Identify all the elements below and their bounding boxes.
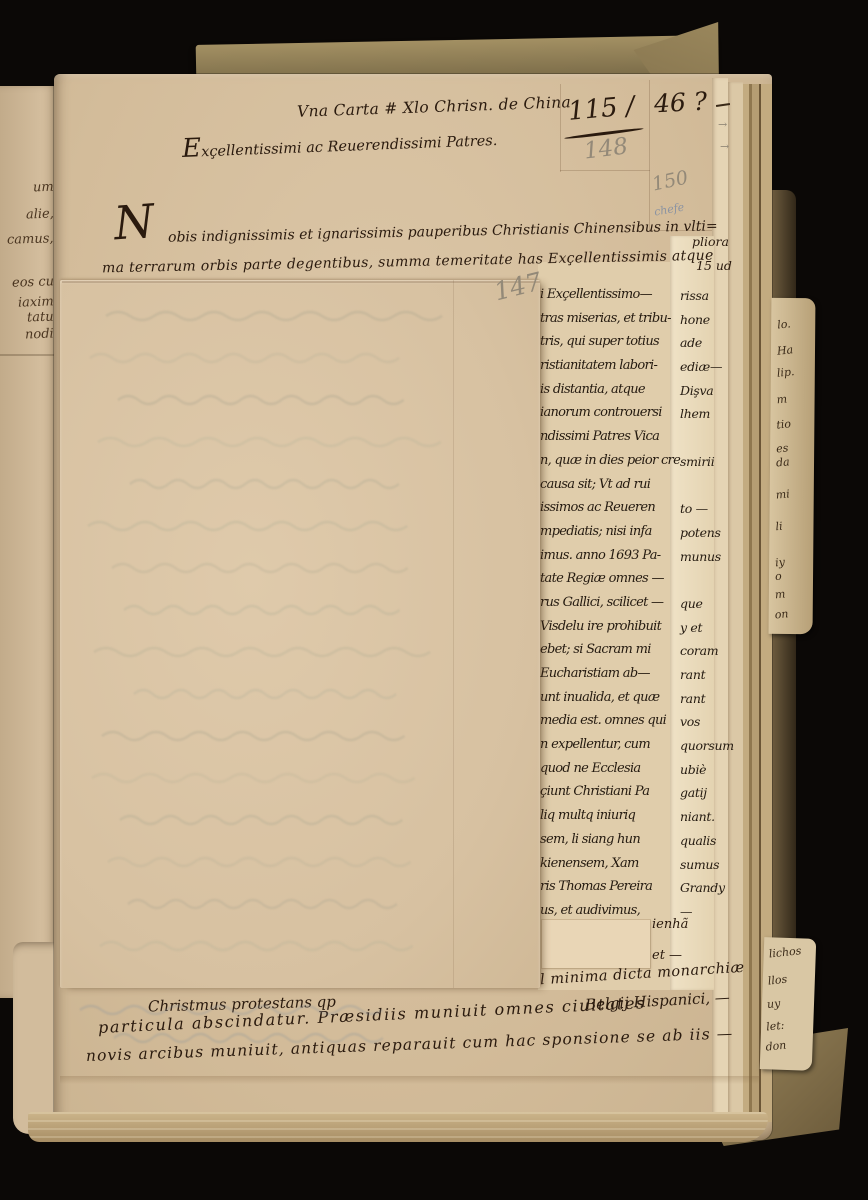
left-page-edge: umalie,camus,eos cuiaximtatunodi xyxy=(0,86,58,998)
left-margin-fragment: um xyxy=(33,180,54,196)
right-edge-fragment: lichos xyxy=(768,944,802,960)
letter-line-main: rus Gallici, scilicet — xyxy=(540,595,663,610)
right-edge-fragment: Ha xyxy=(776,343,793,357)
right-edge-fragment-slip-lower: lichosllosuylet:don xyxy=(760,937,817,1071)
letter-line: n expellentur, cum quorsum xyxy=(540,737,712,761)
letter-line-ending: lhem xyxy=(680,406,710,421)
letter-line: ianorum controuersi lhem xyxy=(540,405,712,429)
letter-line-main: sem, li siang hun xyxy=(540,832,640,847)
right-edge-fragment: m xyxy=(774,587,786,601)
left-margin-fragment: iaxim xyxy=(18,294,54,310)
page-stack-bottom-edges xyxy=(28,1112,768,1142)
letter-line-ending: ediæ— xyxy=(680,359,722,374)
letter-line: çiunt Christiani Pa gatij xyxy=(540,784,712,808)
blank-overlay-sheet xyxy=(60,280,540,988)
right-edge-fragment: llos xyxy=(767,973,788,988)
letter-line: tate Regiæ omnes — xyxy=(540,571,712,595)
letter-line: imus. anno 1693 Pa- munus xyxy=(540,548,712,572)
letter-line-main: Visdelu ire prohibuit xyxy=(540,619,661,634)
pencil-arrow-mark-1: → xyxy=(718,118,727,131)
letter-line: mpediatis; nisi infa potens xyxy=(540,524,712,548)
letter-line-main: n, quæ in dies peior cre xyxy=(540,453,680,468)
letter-line: quod ne Ecclesia ubiè xyxy=(540,761,712,785)
letter-line-ending: to — xyxy=(680,501,708,516)
letter-line-main: media est. omnes qui xyxy=(540,713,666,728)
left-margin-fragment: nodi xyxy=(25,327,54,343)
show-through-marks-overlay xyxy=(78,290,518,980)
letter-line-ending: coram xyxy=(680,643,718,658)
letter-line: ebet; si Sacram mi coram xyxy=(540,642,712,666)
right-edge-fragment: tio xyxy=(776,417,792,431)
ink-folio-number-46: 46 ? xyxy=(653,87,708,119)
letter-line-main: causa sit; Vt ad rui xyxy=(540,477,650,492)
letter-line-main: kienensem, Xam xyxy=(540,856,639,871)
letter-line-ending: y et xyxy=(680,620,702,635)
letter-line-ending: hone xyxy=(680,312,710,327)
left-margin-fragment: tatu xyxy=(27,310,54,326)
letter-line-ending: Grandy xyxy=(680,880,725,895)
letter-line-main: i Exçellentissimo— xyxy=(540,287,652,302)
right-edge-fragment: li xyxy=(775,520,783,534)
letter-line-ending: Dişva xyxy=(680,383,713,398)
letter-line: rus Gallici, scilicet — que xyxy=(540,595,712,619)
letter-line-main: liq multq iniuriq xyxy=(540,808,635,823)
letter-line-ending: niant. xyxy=(680,809,715,824)
left-margin-fragment: alie, xyxy=(26,207,54,223)
opening-edge-fragment-2: 15 ud xyxy=(696,258,732,273)
right-edge-fragment: o xyxy=(774,570,782,584)
right-edge-fragment-strip-upper: lo.Halip.mtioesdamiliiyomon xyxy=(769,298,816,634)
letter-line: liq multq iniuriq niant. xyxy=(540,808,712,832)
letter-line-main: tras miserias, et tribu- xyxy=(540,311,671,326)
letter-line: i Exçellentissimo— rissa xyxy=(540,287,712,311)
letter-line-main: Eucharistiam ab— xyxy=(540,666,650,681)
letter-line-ending: ade xyxy=(680,335,702,350)
opening-initial-N: N xyxy=(112,194,156,251)
fragment-ienha: ienhã xyxy=(652,917,688,932)
letter-line-ending: rant xyxy=(680,691,705,706)
letter-line-ending: quorsum xyxy=(680,738,734,753)
left-margin-fragment: camus, xyxy=(7,231,54,248)
letter-line: media est. omnes qui vos xyxy=(540,713,712,737)
manuscript-photo: umalie,camus,eos cuiaximtatunodi lo.Hali… xyxy=(0,0,868,1200)
letter-line-main: us, et audivimus, xyxy=(540,903,640,918)
right-edge-fragment: mi xyxy=(775,487,790,501)
letter-line-main: tate Regiæ omnes — xyxy=(540,571,664,586)
letter-line: Visdelu ire prohibuit y et xyxy=(540,619,712,643)
letter-line-main: ebet; si Sacram mi xyxy=(540,642,651,657)
letter-line-main: ianorum controuersi xyxy=(540,405,662,420)
left-page-fold-line xyxy=(0,354,58,356)
letter-line-ending: que xyxy=(680,596,703,611)
letter-line-main: unt inualida, et quæ xyxy=(540,690,659,705)
letter-line: ris Thomas Pereira Grandy xyxy=(540,879,712,903)
letter-line: unt inualida, et quæ rant xyxy=(540,690,712,714)
ink-folio-number-115: 115 / xyxy=(567,91,636,127)
letter-line: sem, li siang hun qualis xyxy=(540,832,712,856)
right-edge-fragment: let: xyxy=(766,1019,785,1034)
letter-line-ending: smirii xyxy=(680,454,714,469)
letter-line-main: issimos ac Reueren xyxy=(540,500,655,515)
letter-line-ending: rant xyxy=(680,667,705,682)
letter-line-main: çiunt Christiani Pa xyxy=(540,784,649,799)
right-edge-fragment: es xyxy=(776,441,789,455)
letter-line-main: is distantia, atque xyxy=(540,382,645,397)
letter-line-ending: rissa xyxy=(680,288,709,303)
letter-line-main: ndissimi Patres Vica xyxy=(540,429,659,444)
letter-line-main: ris Thomas Pereira xyxy=(540,879,652,894)
right-edge-fragment: on xyxy=(774,607,789,621)
letter-line: ristianitatem labori- ediæ— xyxy=(540,358,712,382)
right-edge-fragment: iy xyxy=(775,555,786,569)
letter-line-main: n expellentur, cum xyxy=(540,737,650,752)
letter-line: ndissimi Patres Vica xyxy=(540,429,712,453)
right-edge-fragment: da xyxy=(775,455,790,469)
letter-line-ending: munus xyxy=(680,549,721,564)
right-edge-fragment: uy xyxy=(766,997,781,1011)
letter-line: Eucharistiam ab— rant xyxy=(540,666,712,690)
number-slip2-left-edge xyxy=(649,80,650,232)
letter-text-column: i Exçellentissimo— rissa tras miserias, … xyxy=(540,287,712,927)
pencil-arrow-mark-2: → xyxy=(720,140,729,153)
letter-line-ending: vos xyxy=(680,714,700,729)
letter-line-ending: ubiè xyxy=(680,762,706,777)
right-edge-fragment: lip. xyxy=(776,365,795,380)
letter-line-main: tris, qui super totius xyxy=(540,334,659,349)
lower-sheet-edge xyxy=(60,1076,760,1084)
letter-line: is distantia, atque Dişva xyxy=(540,382,712,406)
left-margin-fragment: eos cu xyxy=(12,274,54,290)
letter-line-main: ristianitatem labori- xyxy=(540,358,657,373)
letter-line: n, quæ in dies peior cre smirii xyxy=(540,453,712,477)
pencil-folio-number-148: 148 xyxy=(583,133,630,164)
letter-line: issimos ac Reueren to — xyxy=(540,500,712,524)
letter-line: causa sit; Vt ad rui xyxy=(540,477,712,501)
letter-line: kienensem, Xam sumus xyxy=(540,856,712,880)
opening-edge-fragment-1: pliora xyxy=(692,234,729,249)
small-blank-patch xyxy=(542,920,650,968)
right-edge-fragment: lo. xyxy=(777,317,792,331)
overlay-top-edge-line xyxy=(62,281,540,283)
letter-line-ending: gatij xyxy=(680,785,707,800)
letter-line-ending: qualis xyxy=(680,833,716,848)
right-edge-fragment: don xyxy=(765,1039,787,1054)
right-edge-fragment: m xyxy=(776,392,788,406)
fragment-et: et — xyxy=(652,948,682,963)
letter-line-main: mpediatis; nisi infa xyxy=(540,524,652,539)
letter-line-ending: potens xyxy=(680,525,721,540)
letter-line-main: quod ne Ecclesia xyxy=(540,761,640,776)
letter-line-ending: sumus xyxy=(680,857,719,872)
letter-line: tris, qui super totius ade xyxy=(540,334,712,358)
letter-line-main: imus. anno 1693 Pa- xyxy=(540,548,660,563)
number-slip-bottom-edge xyxy=(560,170,650,171)
letter-line: tras miserias, et tribu- hone xyxy=(540,311,712,335)
